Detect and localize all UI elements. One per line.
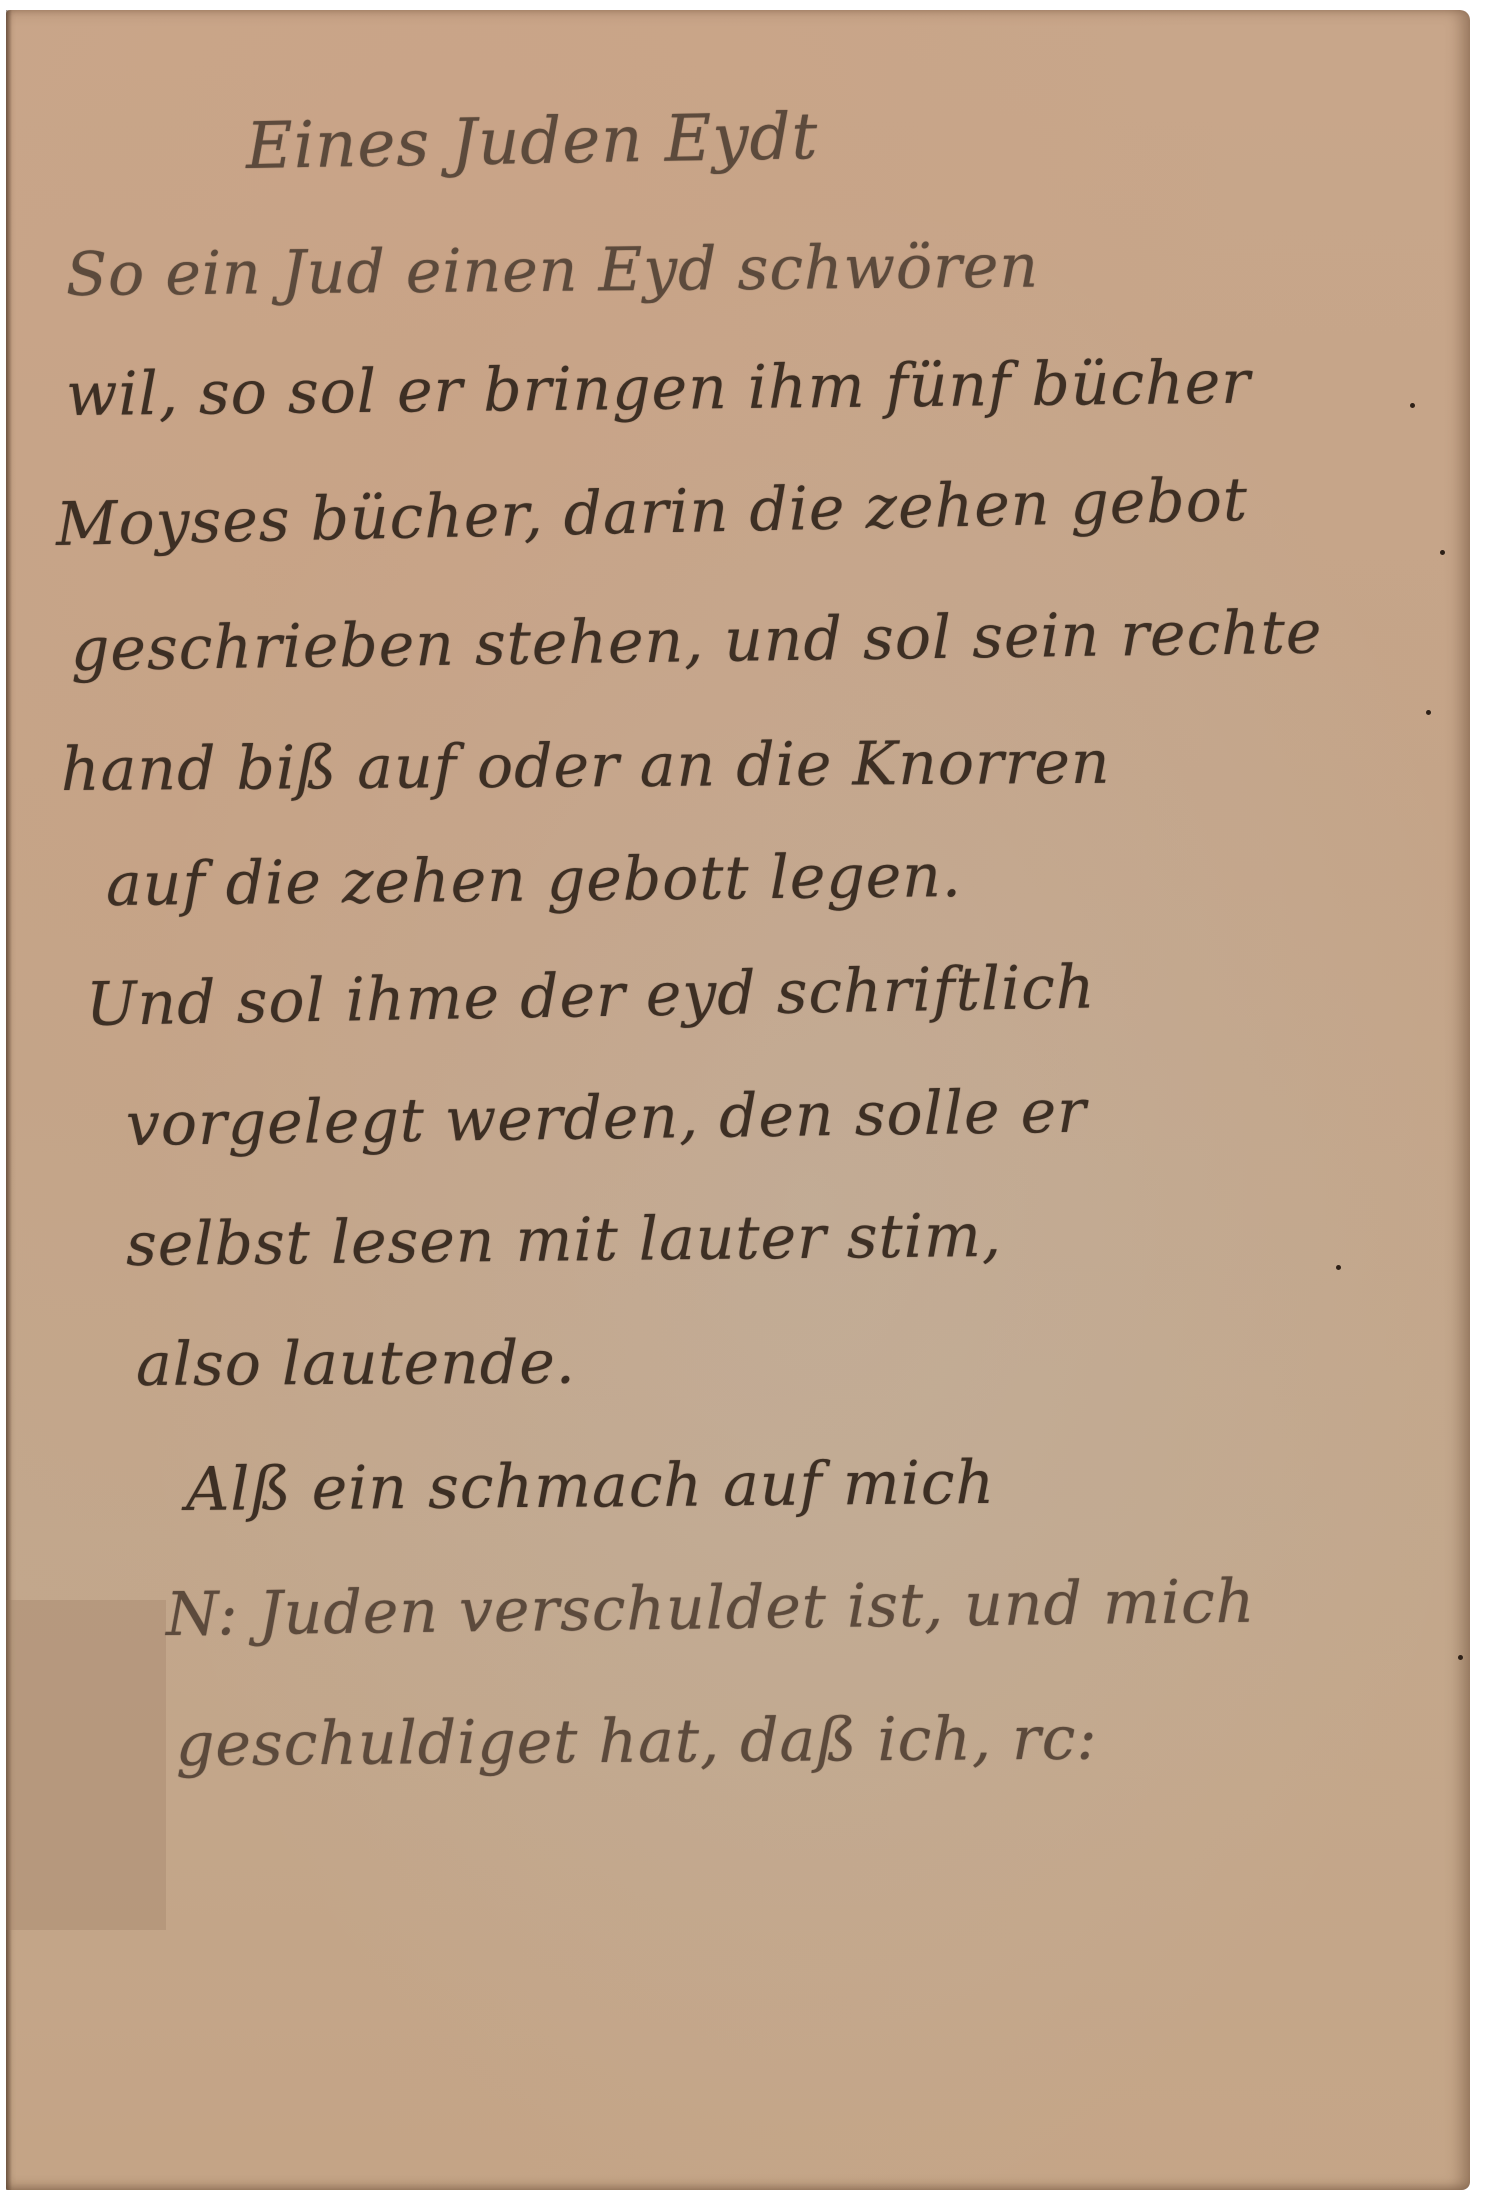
manuscript-line: Alß ein schmach auf mich: [186, 1448, 996, 1525]
scanned-page: Eines Juden Eydt So ein Jud einen Eyd sc…: [0, 0, 1500, 2205]
manuscript-line: auf die zehen gebott legen.: [106, 841, 963, 920]
ink-speck: [1458, 1655, 1463, 1660]
discoloured-patch: [6, 1600, 166, 1930]
ink-speck: [1410, 403, 1415, 408]
manuscript-line: geschuldiget hat, daß ich, rc:: [176, 1704, 1098, 1780]
manuscript-line: hand biß auf oder an die Knorren: [61, 728, 1111, 805]
manuscript-line: vorgelegt werden, den solle er: [126, 1077, 1088, 1160]
manuscript-line: Und sol ihme der eyd schriftlich: [85, 952, 1096, 1040]
ink-speck: [1336, 1265, 1341, 1270]
ink-speck: [1426, 710, 1431, 715]
paper-sheet: Eines Juden Eydt So ein Jud einen Eyd sc…: [6, 10, 1470, 2190]
manuscript-line: N: Juden verschuldet ist, und mich: [166, 1567, 1256, 1650]
ink-speck: [1440, 550, 1445, 555]
manuscript-line: Moyses bücher, darin die zehen gebot: [55, 465, 1248, 560]
manuscript-line: So ein Jud einen Eyd schwören: [66, 232, 1040, 310]
manuscript-heading: Eines Juden Eydt: [245, 100, 819, 184]
manuscript-line: selbst lesen mit lauter stim,: [126, 1201, 1003, 1280]
manuscript-line: wil, so sol er bringen ihm fünf bücher: [66, 348, 1252, 430]
manuscript-line: also lautende.: [136, 1328, 576, 1400]
manuscript-line: geschrieben stehen, und sol sein rechte: [71, 598, 1323, 685]
